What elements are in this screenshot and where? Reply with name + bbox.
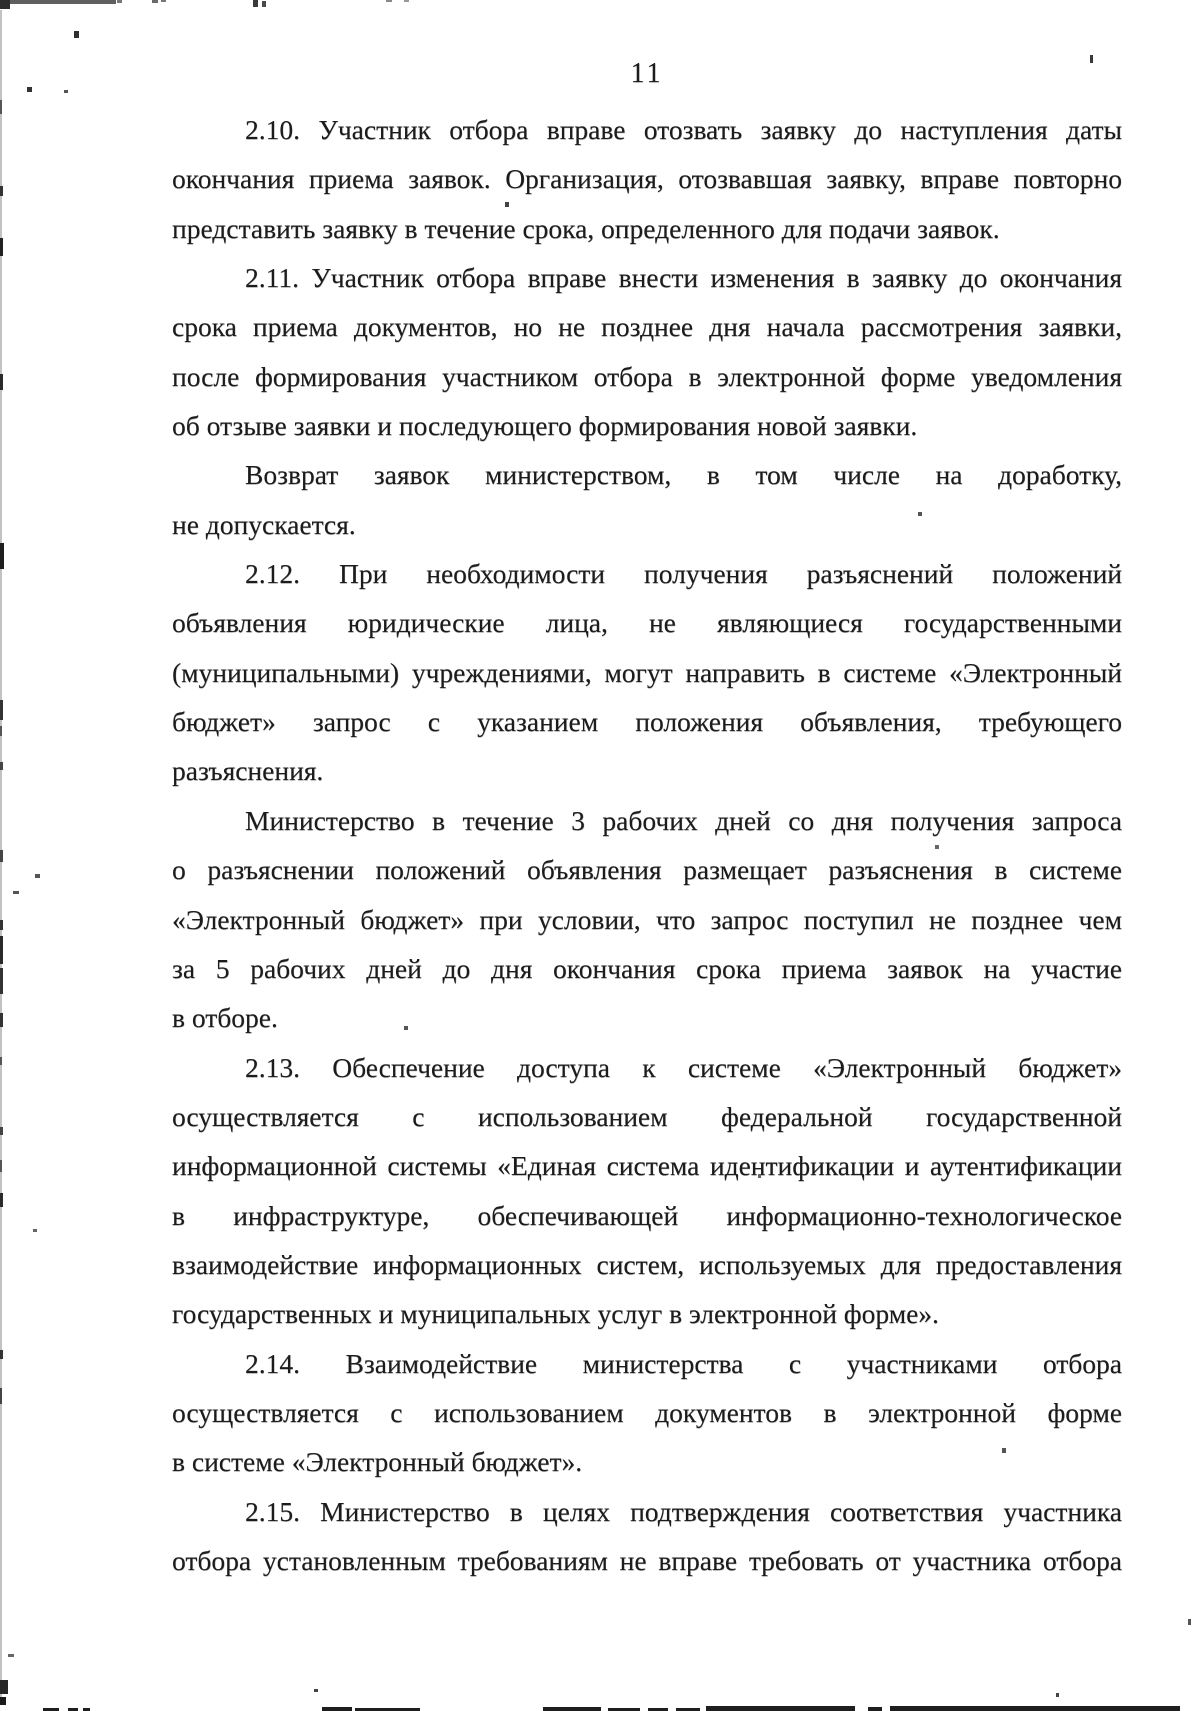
paragraph-2.12: 2.12. При необходимости получения разъяс… xyxy=(172,549,1122,796)
top-edge-scan-line xyxy=(386,0,392,2)
top-edge-scan-line xyxy=(117,0,122,3)
text-line: о разъяснении положений объявления разме… xyxy=(172,845,1122,894)
text-line: информационной системы «Единая система и… xyxy=(172,1141,1122,1190)
top-edge-scan-line xyxy=(0,0,10,9)
scan-speck xyxy=(1002,1448,1006,1453)
scan-speck xyxy=(918,512,922,516)
text-line: «Электронный бюджет» при условии, что за… xyxy=(172,895,1122,944)
scan-speck xyxy=(1056,1693,1059,1697)
scan-speck xyxy=(1090,55,1093,63)
text-line: 2.14. Взаимодействие министерства с учас… xyxy=(172,1339,1122,1388)
scan-speck xyxy=(13,891,19,894)
left-edge-scan-line xyxy=(0,1193,3,1207)
scan-speck xyxy=(935,845,939,849)
left-edge-scan-line xyxy=(0,726,2,736)
text-line: взаимодействие информационных систем, ис… xyxy=(172,1240,1122,1289)
page-number: 11 xyxy=(172,58,1122,90)
text-line: Возврат заявок министерством, в том числ… xyxy=(172,450,1122,499)
scan-speck xyxy=(33,1229,37,1232)
text-line: за 5 рабочих дней до дня окончания срока… xyxy=(172,944,1122,993)
left-edge-scan-line xyxy=(0,1697,6,1705)
left-edge-scan-line xyxy=(0,1388,2,1404)
bottom-edge-scan-line xyxy=(706,1706,855,1711)
top-edge-scan-line xyxy=(404,0,409,2)
left-edge-scan-line xyxy=(0,186,3,196)
left-edge-scan-line xyxy=(0,936,3,964)
text-line: государственных и муниципальных услуг в … xyxy=(172,1289,1122,1338)
text-line: 2.10. Участник отбора вправе отозвать за… xyxy=(172,105,1122,154)
text-line: объявления юридические лица, не являющие… xyxy=(172,598,1122,647)
bottom-edge-scan-line xyxy=(868,1707,882,1711)
bottom-edge-scan-line xyxy=(322,1707,352,1711)
scan-speck xyxy=(314,1689,318,1692)
scan-speck xyxy=(505,202,509,207)
left-edge-scan-line xyxy=(0,850,3,862)
left-edge-scan-line xyxy=(0,762,3,770)
left-edge-scan-line xyxy=(0,1013,3,1027)
paragraph-vozvrat: Возврат заявок министерством, в том числ… xyxy=(172,450,1122,549)
left-edge-scan-line xyxy=(0,700,3,720)
left-edge-scan-line xyxy=(0,1160,2,1172)
text-line: отбора установленным требованиям не впра… xyxy=(172,1536,1122,1585)
left-edge-scan-line xyxy=(0,920,3,930)
text-line: осуществляется с использованием документ… xyxy=(172,1388,1122,1437)
text-line: после формирования участником отбора в э… xyxy=(172,352,1122,401)
bottom-edge-scan-line xyxy=(890,1706,1180,1711)
paragraph-ministerstvo-3-dnya: Министерство в течение 3 рабочих дней со… xyxy=(172,796,1122,1043)
document-body: 2.10. Участник отбора вправе отозвать за… xyxy=(172,105,1122,1585)
left-edge-scan-line xyxy=(0,1057,2,1065)
text-line: окончания приема заявок. Организация, от… xyxy=(172,154,1122,203)
top-edge-scan-line xyxy=(262,1,266,7)
scan-speck xyxy=(758,1174,761,1178)
scan-speck xyxy=(35,874,40,878)
top-edge-scan-line xyxy=(161,0,166,2)
left-edge-scan-line xyxy=(0,238,3,256)
scan-speck xyxy=(74,31,79,38)
paragraph-2.13: 2.13. Обеспечение доступа к системе «Эле… xyxy=(172,1043,1122,1339)
text-line: в системе «Электронный бюджет». xyxy=(172,1437,1122,1486)
text-line: представить заявку в течение срока, опре… xyxy=(172,204,1122,253)
text-line: в отборе. xyxy=(172,993,1122,1042)
text-line: разъяснения. xyxy=(172,746,1122,795)
text-line: Министерство в течение 3 рабочих дней со… xyxy=(172,796,1122,845)
scan-speck xyxy=(1188,1619,1191,1625)
scan-speck xyxy=(8,1654,14,1657)
left-edge-scan-line xyxy=(0,543,4,569)
text-line: об отзыве заявки и последующего формиров… xyxy=(172,401,1122,450)
text-line: не допускается. xyxy=(172,500,1122,549)
text-line: 2.12. При необходимости получения разъяс… xyxy=(172,549,1122,598)
paragraph-2.11: 2.11. Участник отбора вправе внести изме… xyxy=(172,253,1122,450)
text-line: осуществляется с использованием федераль… xyxy=(172,1092,1122,1141)
left-edge-scan-line xyxy=(0,1680,8,1694)
text-line: в инфраструктуре, обеспечивающей информа… xyxy=(172,1191,1122,1240)
scan-speck xyxy=(404,1026,408,1030)
left-edge-scan-line xyxy=(0,374,3,390)
bottom-edge-scan-line xyxy=(543,1707,601,1711)
text-line: 2.13. Обеспечение доступа к системе «Эле… xyxy=(172,1043,1122,1092)
top-edge-scan-line xyxy=(152,0,158,3)
paragraph-2.10: 2.10. Участник отбора вправе отозвать за… xyxy=(172,105,1122,253)
text-line: срока приема документов, но не позднее д… xyxy=(172,302,1122,351)
left-edge-scan-line xyxy=(0,968,3,994)
text-line: 2.15. Министерство в целях подтверждения… xyxy=(172,1487,1122,1536)
left-edge-scan-line xyxy=(0,1127,3,1135)
left-edge-scan-line xyxy=(0,100,2,114)
text-line: бюджет» запрос с указанием положения объ… xyxy=(172,697,1122,746)
text-line: 2.11. Участник отбора вправе внести изме… xyxy=(172,253,1122,302)
scan-speck xyxy=(64,90,68,93)
left-edge-scan-line xyxy=(0,1350,3,1359)
text-line: (муниципальными) учреждениями, могут нап… xyxy=(172,648,1122,697)
paragraph-2.15: 2.15. Министерство в целях подтверждения… xyxy=(172,1487,1122,1586)
top-edge-scan-line xyxy=(253,0,258,7)
top-edge-scan-line xyxy=(0,0,116,4)
document-page: 11 2.10. Участник отбора вправе отозвать… xyxy=(0,0,1200,1711)
paragraph-2.14: 2.14. Взаимодействие министерства с учас… xyxy=(172,1339,1122,1487)
scan-speck xyxy=(27,87,32,92)
